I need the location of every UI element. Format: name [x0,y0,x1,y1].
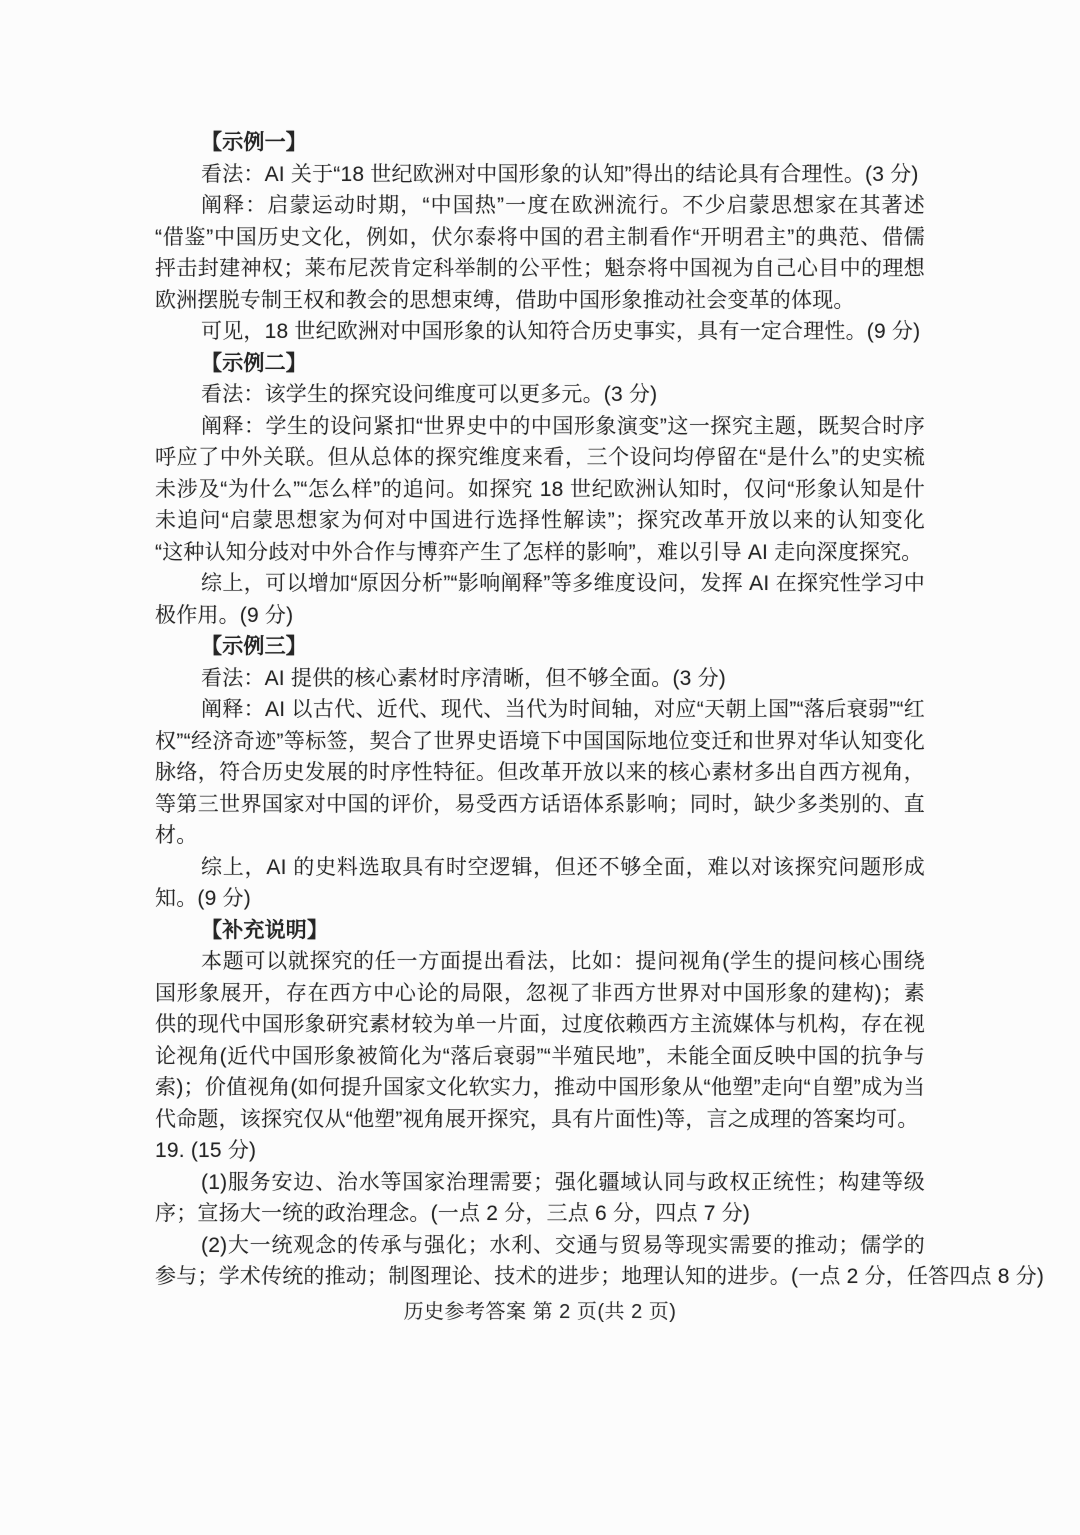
text-line: 权”“经济奇迹”等标签，契合了世界史语境下中国国际地位变迁和世界对华认知变化的基… [155,726,925,758]
text-line: 材。 [155,820,925,852]
section-heading: 【示例二】 [155,348,925,380]
text-line: 等第三世界国家对中国的评价，易受西方话语体系影响；同时，缺少多类别的、直观的一手… [155,789,925,821]
text-line: 论视角(近代中国形象被简化为“落后衰弱”“半殖民地”，未能全面反映中国的抗争与探 [155,1041,925,1073]
text-line: 呼应了中外关联。但从总体的探究维度来看，三个设问均停留在“是什么”的史实梳理层面… [155,442,925,474]
page-footer: 历史参考答案 第 2 页(共 2 页) [0,1297,1080,1327]
text-line: “这种认知分歧对中外合作与博弈产生了怎样的影响”，难以引导 AI 走向深度探究。 [155,537,925,569]
text-line: 极作用。(9 分) [155,600,925,632]
text-line: 可见，18 世纪欧洲对中国形象的认知符合历史事实，具有一定合理性。(9 分) [155,316,925,348]
section-heading: 【示例三】 [155,631,925,663]
section-heading: 【补充说明】 [155,915,925,947]
document-body: 【示例一】看法：AI 关于“18 世纪欧洲对中国形象的认知”得出的结论具有合理性… [155,127,925,1293]
text-line: 抨击封建神权；莱布尼茨肯定科举制的公平性；魁奈将中国视为自己心目中的理想国等。这… [155,253,925,285]
text-line: 本题可以就探究的任一方面提出看法，比如：提问视角(学生的提问核心围绕西方眼中的中 [155,946,925,978]
text-line: 阐释：启蒙运动时期，“中国热”一度在欧洲流行。不少启蒙思想家在其著述中“推崇” [155,190,925,222]
text-line: 综上，可以增加“原因分析”“影响阐释”等多维度设问，发挥 AI 在探究性学习中的… [155,568,925,600]
text-line: 序；宣扬大一统的政治理念。(一点 2 分，三点 6 分，四点 7 分) [155,1198,925,1230]
text-line: 看法：该学生的探究设问维度可以更多元。(3 分) [155,379,925,411]
text-line: 知。(9 分) [155,883,925,915]
text-line: 看法：AI 提供的核心素材时序清晰，但不够全面。(3 分) [155,663,925,695]
text-line: 欧洲摆脱专制王权和教会的思想束缚，借助中国形象推动社会变革的体现。 [155,285,925,317]
text-line: 未追问“启蒙思想家为何对中国进行选择性解读”；探究改革开放以来的认知变化时，未追… [155,505,925,537]
text-line: “借鉴”中国历史文化，例如，伏尔泰将中国的君主制看作“开明君主”的典范、借儒家思… [155,222,925,254]
text-line: 索)；价值视角(如何提升国家文化软实力，推动中国形象从“他塑”走向“自塑”成为当… [155,1072,925,1104]
text-line: 脉络，符合历史发展的时序性特征。但改革开放以来的核心素材多出自西方视角，缺失亚非… [155,757,925,789]
text-line: 看法：AI 关于“18 世纪欧洲对中国形象的认知”得出的结论具有合理性。(3 分… [155,159,925,191]
text-line: 未涉及“为什么”“怎么样”的追问。如探究 18 世纪欧洲认知时，仅问“形象认知是… [155,474,925,506]
text-line: 供的现代中国形象研究素材较为单一片面，过度依赖西方主流媒体与机构，存在视角局限)… [155,1009,925,1041]
answer-sheet-page: 【示例一】看法：AI 关于“18 世纪欧洲对中国形象的认知”得出的结论具有合理性… [0,0,1080,1535]
text-line: 代命题，该探究仅从“他塑”视角展开探究，具有片面性)等，言之成理的答案均可。 [155,1104,925,1136]
text-line: 综上，AI 的史料选取具有时空逻辑，但还不够全面，难以对该探究问题形成客观全面的… [155,852,925,884]
text-line: 19. (15 分) [155,1135,925,1167]
text-line: 阐释：AI 以古代、近代、现代、当代为时间轴，对应“天朝上国”“落后衰弱”“红色… [155,694,925,726]
text-line: 阐释：学生的设问紧扣“世界史中的中国形象演变”这一探究主题，既契合时序推进，又 [155,411,925,443]
text-line: (2)大一统观念的传承与强化；水利、交通与贸易等现实需要的推动；儒学的传承与士人… [155,1230,925,1262]
text-line: 参与；学术传统的推动；制图理论、技术的进步；地理认知的进步。(一点 2 分，任答… [155,1261,925,1293]
text-line: (1)服务安边、治水等国家治理需要；强化疆域认同与政权正统性；构建等级化的统治秩 [155,1167,925,1199]
text-line: 国形象展开，存在西方中心论的局限，忽视了非西方世界对中国形象的建构)；素材视角(… [155,978,925,1010]
section-heading: 【示例一】 [155,127,925,159]
